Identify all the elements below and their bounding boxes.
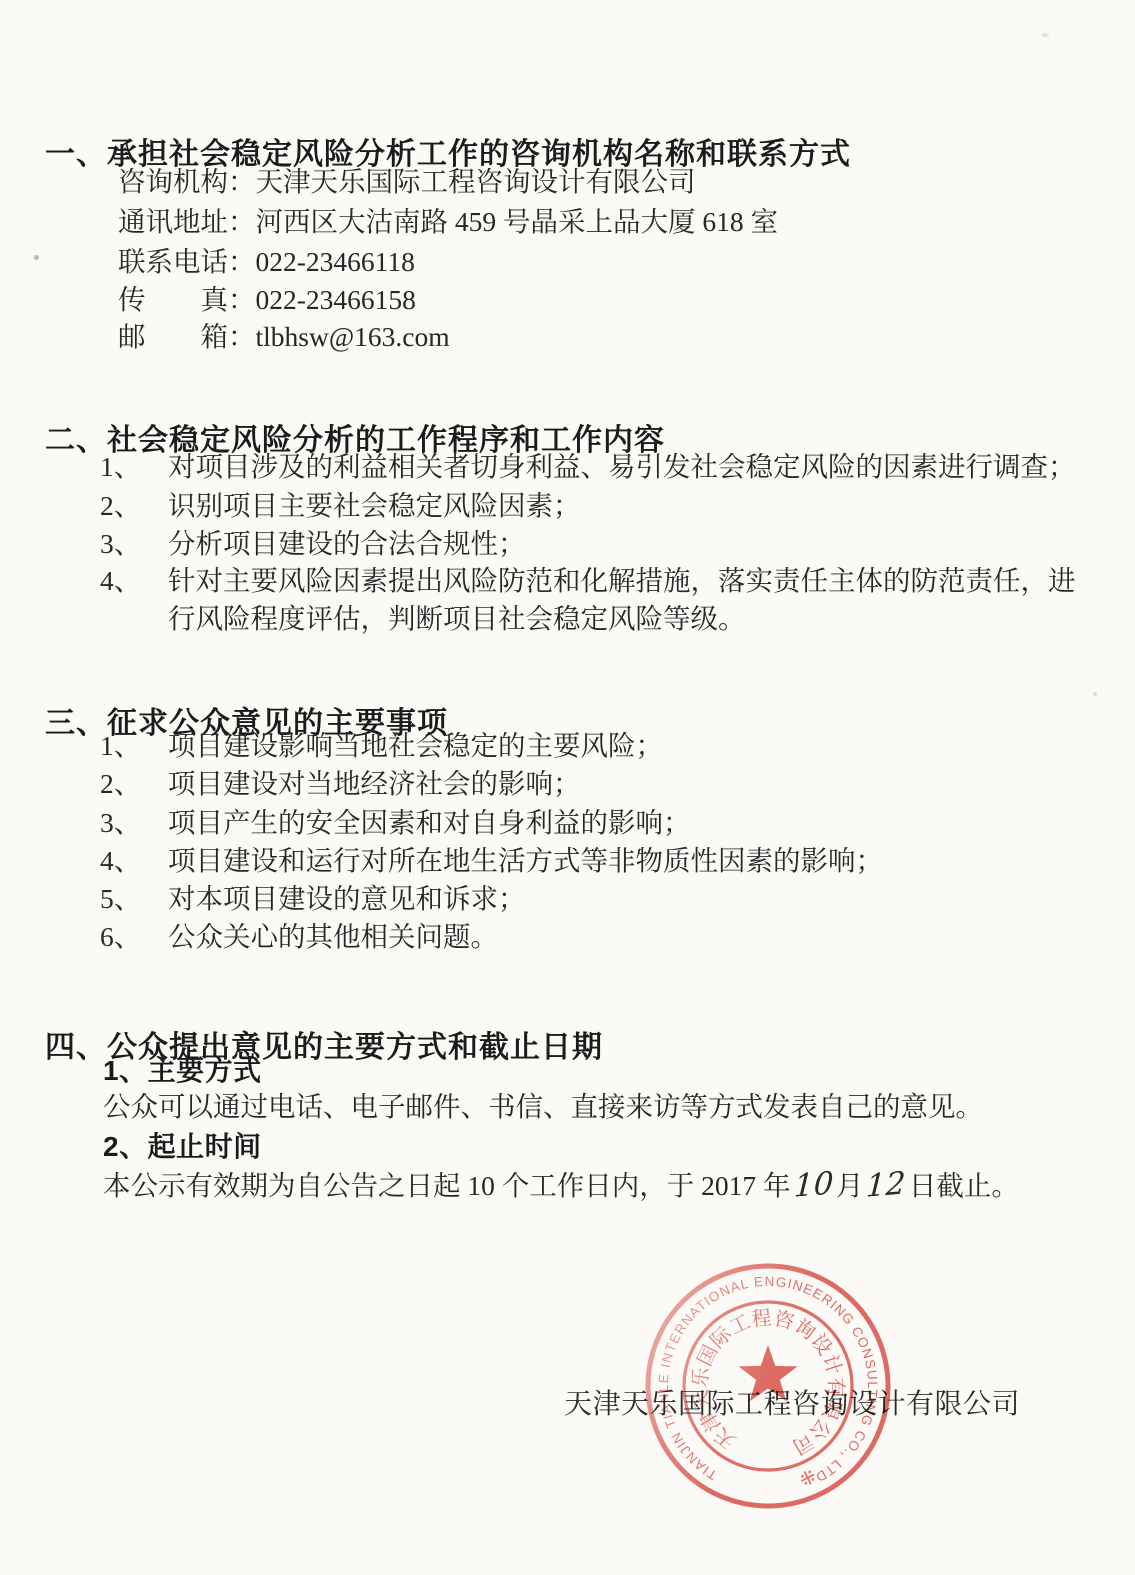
contact-label: 通讯地址： xyxy=(118,206,256,237)
contact-label: 咨询机构： xyxy=(118,166,256,197)
item-number: 4、 xyxy=(100,565,168,597)
sub-heading-method: 1、主要方式 xyxy=(103,1054,262,1087)
list-item: 6、公众关心的其他相关问题。 xyxy=(100,921,498,953)
method-text: 公众可以通过电话、电子邮件、书信、直接来访等方式发表自己的意见。 xyxy=(103,1091,983,1123)
handwritten-month: 10 xyxy=(793,1165,834,1205)
list-item: 3、分析项目建设的合法合规性； xyxy=(100,528,526,560)
month-char: 月 xyxy=(836,1170,864,1201)
list-item: 5、对本项目建设的意见和诉求； xyxy=(100,883,526,915)
scan-speck xyxy=(1093,692,1097,696)
scan-speck xyxy=(1041,33,1049,37)
item-text: 识别项目主要社会稳定风险因素； xyxy=(168,490,581,521)
handwritten-day: 12 xyxy=(866,1165,907,1205)
list-item: 4、针对主要风险因素提出风险防范和化解措施，落实责任主体的防范责任，进 xyxy=(100,565,1076,597)
contact-row-address: 通讯地址：河西区大沽南路 459 号晶采上品大厦 618 室 xyxy=(118,206,778,238)
item-text: 项目建设影响当地社会稳定的主要风险； xyxy=(168,730,663,761)
item-number: 1、 xyxy=(100,730,168,762)
list-item: 1、对项目涉及的利益相关者切身利益、易引发社会稳定风险的因素进行调查； xyxy=(100,451,1076,483)
contact-row-phone: 联系电话：022-23466118 xyxy=(118,246,415,278)
contact-label: 传 真： xyxy=(118,284,256,315)
contact-value: 天津天乐国际工程咨询设计有限公司 xyxy=(256,166,696,197)
contact-label: 联系电话： xyxy=(118,246,256,277)
item-text: 项目建设对当地经济社会的影响； xyxy=(168,768,581,799)
list-item: 2、项目建设对当地经济社会的影响； xyxy=(100,768,581,800)
item-text: 项目产生的安全因素和对自身利益的影响； xyxy=(168,807,691,838)
deadline-suffix: 日截止。 xyxy=(909,1170,1019,1201)
sub-heading-period: 2、起止时间 xyxy=(103,1130,262,1163)
deadline-line: 本公示有效期为自公告之日起 10 个工作日内，于 2017 年10月12日截止。 xyxy=(103,1167,1019,1204)
contact-value: 河西区大沽南路 459 号晶采上品大厦 618 室 xyxy=(256,206,779,237)
item-text: 分析项目建设的合法合规性； xyxy=(168,528,526,559)
item-text: 对项目涉及的利益相关者切身利益、易引发社会稳定风险的因素进行调查； xyxy=(168,451,1076,482)
item-number: 3、 xyxy=(100,528,168,560)
item-number: 4、 xyxy=(100,845,168,877)
company-seal: TIANJIN TIANLE INTERNATIONAL ENGINEERING… xyxy=(633,1246,913,1526)
contact-row-email: 邮 箱：tlbhsw@163.com xyxy=(118,321,450,353)
item-number: 2、 xyxy=(100,768,168,800)
list-item: 3、项目产生的安全因素和对自身利益的影响； xyxy=(100,807,691,839)
contact-label: 邮 箱： xyxy=(118,321,256,352)
item-number: 3、 xyxy=(100,807,168,839)
item-number: 1、 xyxy=(100,451,168,483)
item-number: 5、 xyxy=(100,883,168,915)
list-item: 1、项目建设影响当地社会稳定的主要风险； xyxy=(100,730,663,762)
item-number: 6、 xyxy=(100,921,168,953)
scan-speck xyxy=(34,255,39,260)
item-text: 公众关心的其他相关问题。 xyxy=(168,921,498,952)
contact-value: 022-23466158 xyxy=(256,284,416,315)
item-number: 2、 xyxy=(100,490,168,522)
list-item-continuation: 行风险程度评估，判断项目社会稳定风险等级。 xyxy=(168,603,746,635)
item-text: 项目建设和运行对所在地生活方式等非物质性因素的影响； xyxy=(168,845,883,876)
contact-value: 022-23466118 xyxy=(256,246,415,277)
contact-value: tlbhsw@163.com xyxy=(256,321,450,352)
list-item: 4、项目建设和运行对所在地生活方式等非物质性因素的影响； xyxy=(100,845,883,877)
item-text: 对本项目建设的意见和诉求； xyxy=(168,883,526,914)
contact-row-fax: 传 真：022-23466158 xyxy=(118,284,416,316)
stamp-fade-overlay xyxy=(633,1246,913,1526)
deadline-text: 本公示有效期为自公告之日起 10 个工作日内，于 2017 年 xyxy=(103,1170,791,1201)
contact-row-agency: 咨询机构：天津天乐国际工程咨询设计有限公司 xyxy=(118,166,696,198)
list-item: 2、识别项目主要社会稳定风险因素； xyxy=(100,490,581,522)
item-text: 针对主要风险因素提出风险防范和化解措施，落实责任主体的防范责任，进 xyxy=(168,565,1076,596)
